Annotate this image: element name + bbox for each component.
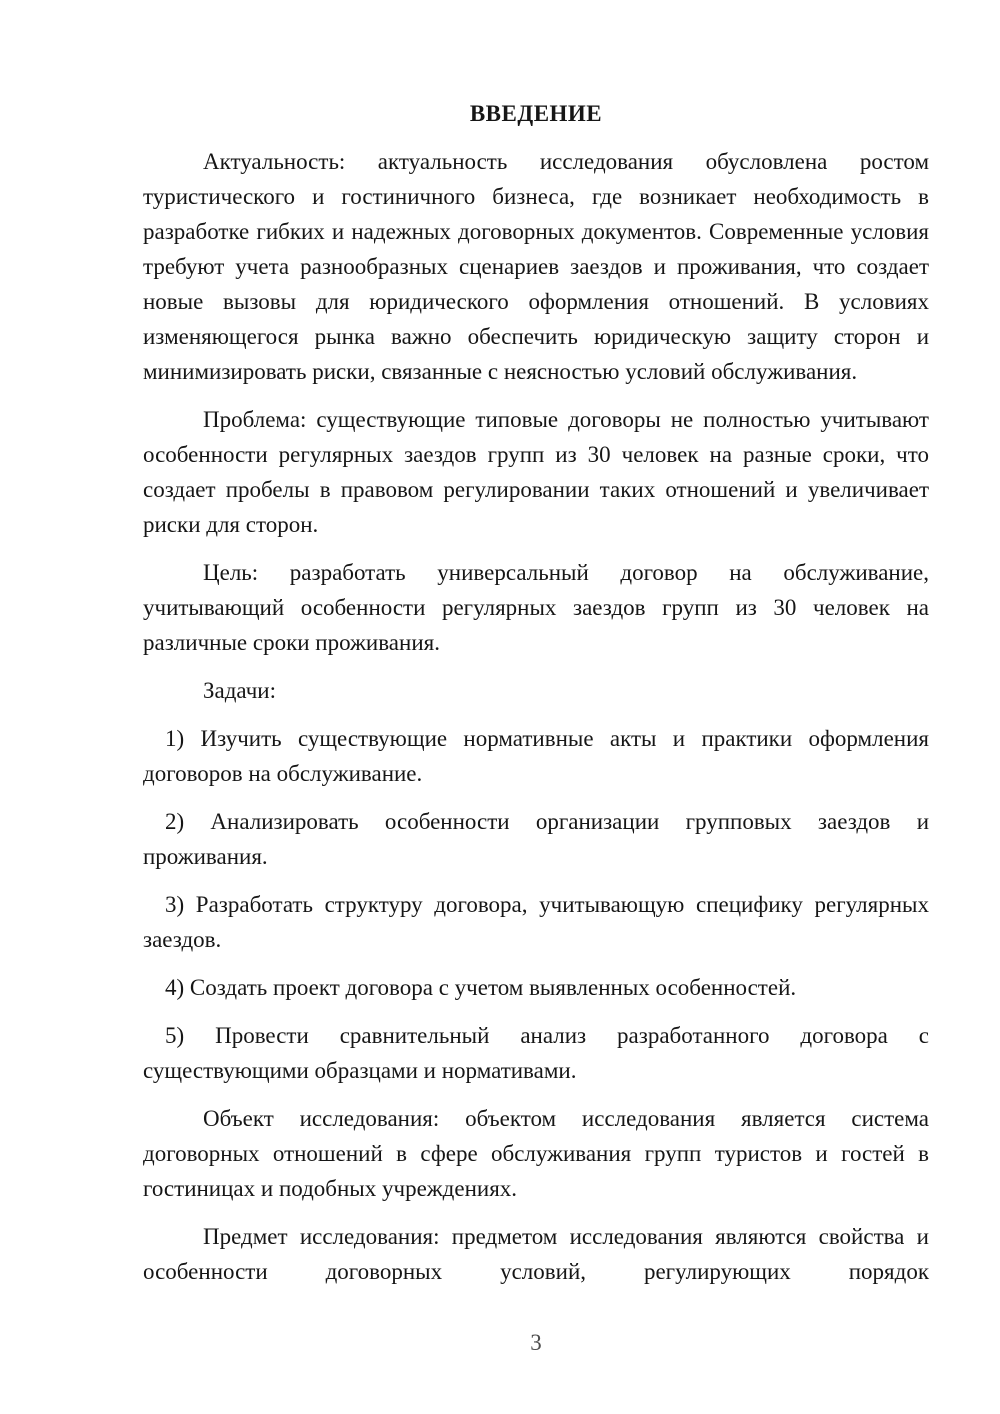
paragraph-tasks-label: Задачи: — [143, 673, 929, 708]
paragraph-goal: Цель: разработать универсальный договор … — [143, 555, 929, 660]
page-number: 3 — [143, 1328, 929, 1358]
task-item-1: 1) Изучить существующие нормативные акты… — [143, 721, 929, 791]
paragraph-problem: Проблема: существующие типовые договоры … — [143, 402, 929, 542]
task-item-5: 5) Провести сравнительный анализ разрабо… — [143, 1018, 929, 1088]
task-item-2: 2) Анализировать особенности организации… — [143, 804, 929, 874]
page-content: ВВЕДЕНИЕ Актуальность: актуальность иссл… — [143, 96, 929, 1289]
task-item-3: 3) Разработать структуру договора, учиты… — [143, 887, 929, 957]
paragraph-relevance: Актуальность: актуальность исследования … — [143, 144, 929, 389]
paragraph-subject: Предмет исследования: предметом исследов… — [143, 1219, 929, 1289]
task-item-4: 4) Создать проект договора с учетом выяв… — [143, 970, 929, 1005]
document-page: ВВЕДЕНИЕ Актуальность: актуальность иссл… — [0, 0, 1000, 1414]
paragraph-object: Объект исследования: объектом исследован… — [143, 1101, 929, 1206]
page-title: ВВЕДЕНИЕ — [143, 96, 929, 131]
